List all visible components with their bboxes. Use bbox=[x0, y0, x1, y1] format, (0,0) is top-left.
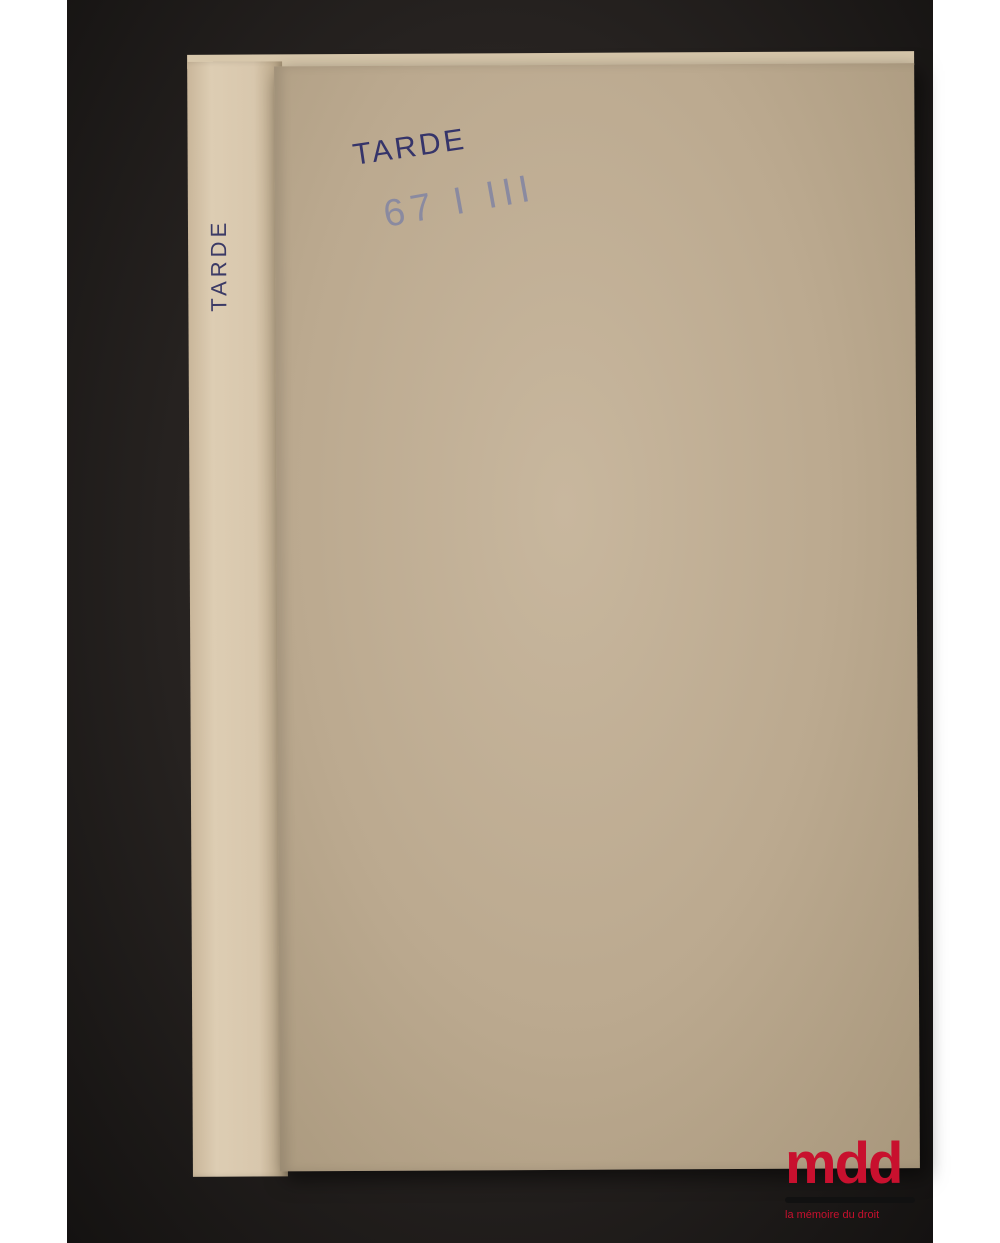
cover-handwriting: TARDE bbox=[351, 123, 469, 173]
book-cover: TARDE 67 I III bbox=[274, 63, 920, 1171]
logo-divider bbox=[785, 1197, 915, 1203]
spine-handwriting: TARDE bbox=[205, 132, 246, 312]
book: TARDE TARDE 67 I III bbox=[179, 43, 920, 1177]
logo-mark: mdd bbox=[785, 1135, 915, 1193]
book-spine: TARDE bbox=[187, 61, 288, 1176]
photo-background: TARDE TARDE 67 I III bbox=[67, 0, 933, 1243]
logo-tagline: la mémoire du droit bbox=[785, 1209, 915, 1221]
cover-pencil-note: 67 I III bbox=[380, 167, 539, 237]
mdd-logo: mdd la mémoire du droit bbox=[785, 1135, 915, 1221]
